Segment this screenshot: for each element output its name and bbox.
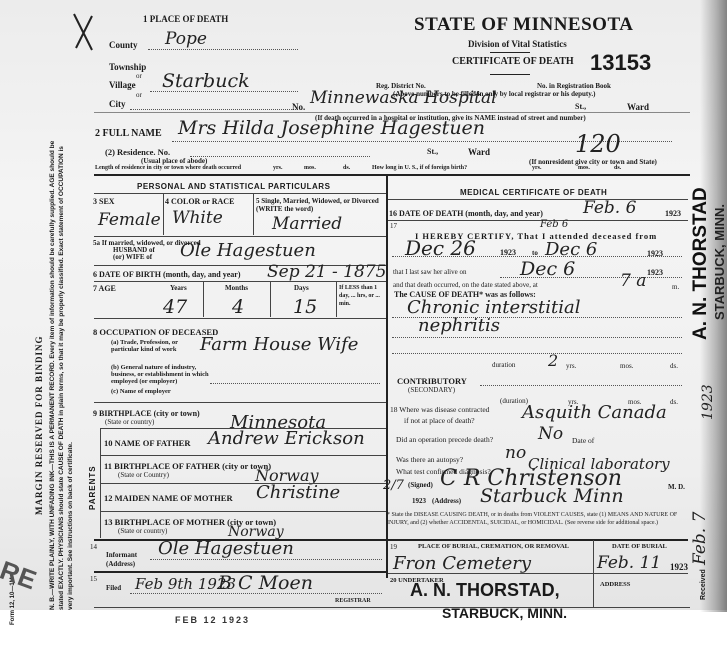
ds-label: ds. [670, 362, 678, 370]
occurred-label: and that death occurred, on the date sta… [393, 281, 538, 289]
father-birthplace-label: 11 BIRTHPLACE OF FATHER (city or town) [104, 461, 271, 471]
filed-number: 15 [90, 575, 97, 583]
side-stamp-city: STARBUCK, MINN. [712, 204, 727, 320]
contracted-sublabel: if not at place of death? [404, 416, 475, 425]
autopsy-label: Was there an autopsy? [396, 455, 463, 464]
divider [94, 318, 386, 319]
contracted-label: 18 Where was disease contracted [390, 405, 489, 414]
contracted-value: Asquith Canada [522, 402, 667, 423]
divider [100, 455, 386, 456]
date-of-death-label: 16 DATE OF DEATH (month, day, and year) [389, 209, 543, 218]
county-label: County [109, 40, 138, 50]
divider [203, 281, 204, 317]
father-birthplace-sublabel: (State or Country) [118, 471, 169, 479]
city-label: City [109, 99, 126, 109]
yrs-label: yrs. [566, 362, 576, 370]
dob-label: 6 DATE OF BIRTH (month, day, and year) [93, 270, 241, 279]
village-value: Starbuck [162, 70, 250, 92]
medical-section-title: MEDICAL CERTIFICATE OF DEATH [460, 188, 607, 197]
margin-title: MARGIN RESERVED FOR BINDING [34, 336, 44, 515]
county-value: Pope [165, 29, 207, 49]
operation-label: Did an operation precede death? [396, 435, 493, 444]
divider [388, 220, 688, 221]
sex-value: Female [98, 210, 161, 230]
days-unit: ds. [614, 165, 621, 171]
age-years-value: 47 [163, 296, 187, 318]
divider [253, 193, 254, 235]
last-saw-year: 1923 [647, 268, 663, 277]
nonresident-note: (If nonresident give city or town and St… [529, 158, 657, 166]
divider [100, 511, 386, 512]
date-of-death-year: 1923 [665, 209, 681, 218]
sex-label: 3 SEX [93, 197, 115, 206]
contributory-label: CONTRIBUTORY [397, 376, 467, 386]
divider [100, 483, 386, 484]
division-title: Division of Vital Statistics [468, 39, 567, 49]
received-year: 1923 [700, 384, 716, 420]
margin-instructions: N. B.—WRITE PLAINLY, WITH UNFADING INK—T… [48, 140, 75, 610]
less-than-label: If LESS than 1 day, ... hrs, or ... min. [339, 284, 383, 308]
hospital-value: Minnewaska Hospital [310, 88, 497, 108]
residence-line [190, 155, 370, 157]
filing-date-stamp: FEB 12 1923 [175, 615, 250, 625]
days-unit: ds. [343, 165, 350, 171]
divider [270, 281, 271, 317]
age-days-value: 15 [293, 296, 317, 318]
duration-label: duration [492, 361, 515, 369]
burial-date-value: Feb. 11 [597, 553, 661, 573]
divider [336, 281, 337, 317]
full-name-label: 2 FULL NAME [95, 128, 162, 139]
attended-from: Dec 26 [405, 236, 476, 260]
age-months-label: Months [225, 284, 248, 292]
cause-line-2 [392, 336, 682, 338]
city-line [130, 108, 298, 110]
section-divider [388, 539, 688, 541]
burial-number: 19 [390, 543, 397, 551]
father-name-value: Andrew Erickson [208, 428, 365, 449]
hospital-no-label: No. [292, 102, 305, 112]
burial-place-label: PLACE OF BURIAL, CREMATION, OR REMOVAL [418, 543, 569, 550]
birthplace-label: 9 BIRTHPLACE (city or town) [93, 409, 200, 418]
autopsy-value: no [505, 443, 526, 463]
received-stamp-fragment: RE [0, 555, 40, 596]
signed-date: 2/7 [383, 478, 404, 493]
marital-value: Married [272, 214, 342, 234]
certificate-number: 13153 [590, 50, 651, 76]
months-unit: mos. [304, 165, 316, 171]
last-saw-value: Dec 6 [520, 258, 575, 280]
cause-line-3 [392, 352, 682, 354]
or-label: or [136, 72, 142, 80]
undertaker-city: STARBUCK, MINN. [442, 605, 567, 621]
residence-ward-value: 120 [575, 130, 621, 158]
received-label: Received [700, 569, 707, 600]
informant-address-label: (Address) [106, 560, 135, 568]
months-unit: mos. [578, 165, 590, 171]
time-of-death: 7 a [620, 271, 646, 291]
certificate-title: CERTIFICATE OF DEATH [452, 56, 574, 67]
occupation-a-label: (a) Trade, Profession, or particular kin… [111, 339, 196, 353]
cross-mark-icon [72, 12, 94, 52]
personal-section-title: PERSONAL AND STATISTICAL PARTICULARS [137, 182, 330, 191]
place-of-death-heading: 1 PLACE OF DEATH [143, 14, 228, 24]
burial-year: 1923 [670, 562, 688, 572]
informant-number: 14 [90, 543, 97, 551]
divider [388, 199, 688, 200]
date-of-death-value: Feb. 6 [583, 198, 636, 218]
us-residence-label: How long in U. S., if of foreign birth? [372, 165, 467, 171]
st-label: St., [575, 102, 586, 111]
divider [94, 402, 386, 403]
mother-name-value: Christine [256, 482, 340, 503]
township-label: Township [109, 62, 146, 72]
mother-birthplace-sublabel: (State or country) [118, 527, 167, 535]
last-saw-label: that I last saw her alive on [393, 268, 466, 276]
full-name-value: Mrs Hilda Josephine Hagestuen [178, 117, 485, 139]
birthplace-sublabel: (State or country) [105, 418, 154, 426]
dob-value: Sep 21 - 1875 [267, 262, 386, 282]
residence-sublabel: (Usual place of abode) [141, 157, 207, 165]
cause-footnote: * State the DISEASE CAUSING DEATH, or in… [387, 512, 687, 527]
occupation-c-label: (c) Name of employer [111, 388, 171, 395]
spouse-value: Ole Hagestuen [180, 240, 316, 261]
residence-st-label: St., [427, 147, 438, 156]
burial-date-label: DATE OF BURIAL [612, 543, 667, 550]
color-label: 4 COLOR or RACE [165, 197, 234, 206]
occupation-b-label: (b) General nature of industry, business… [111, 364, 211, 385]
certify-number: 17 [390, 222, 397, 230]
residence-ward-label: Ward [468, 147, 490, 157]
ds-label: ds. [670, 398, 678, 406]
md-label: M. D. [668, 483, 685, 491]
date-of-label: Date of [572, 436, 594, 445]
age-days-label: Days [294, 284, 309, 292]
color-value: White [172, 208, 223, 228]
attended-to-year: 1923 [647, 249, 663, 258]
father-name-label: 10 NAME OF FATHER [104, 438, 191, 448]
signed-label: (Signed) [408, 481, 433, 489]
years-unit: yrs. [532, 165, 542, 171]
parents-side-label: PARENTS [88, 465, 97, 510]
divider [94, 112, 690, 113]
burial-place-value: Fron Cemetery [393, 553, 531, 574]
attended-to: Dec 6 [545, 239, 597, 260]
undertaker-name: A. N. THORSTAD, [410, 580, 560, 601]
contributory-line [480, 384, 682, 386]
binding-margin: MARGIN RESERVED FOR BINDING N. B.—WRITE … [0, 0, 92, 612]
registration-book-label: No. in Registration Book [537, 82, 611, 90]
physician-address: Starbuck Minn [480, 485, 624, 507]
informant-label: Informant [106, 551, 137, 559]
occupation-value: Farm House Wife [200, 334, 358, 355]
to-label: to [532, 249, 538, 257]
marital-label: 5 Single, Married, Widowed, or Divorced … [256, 197, 386, 213]
attended-from-year: 1923 [500, 248, 516, 257]
divider [94, 607, 690, 608]
signed-year: 1923 [412, 497, 426, 505]
scan-bottom-edge [0, 610, 727, 648]
contributory-sublabel: (SECONDARY) [408, 386, 455, 394]
occupation-b-line [210, 382, 380, 384]
cause-line-2-value: nephritis [418, 315, 500, 336]
or-label: or [136, 91, 142, 99]
years-unit: yrs. [273, 165, 283, 171]
divider [490, 52, 530, 53]
divider [94, 236, 386, 237]
village-label: Village [109, 80, 136, 90]
side-stamp-undertaker: A. N. THORSTAD [690, 187, 712, 340]
age-months-value: 4 [232, 296, 244, 318]
divider [388, 573, 688, 574]
duration-years: 2 [548, 351, 558, 370]
received-date: Feb. 7 [690, 512, 710, 565]
spouse-label-3: (or) WIFE of [113, 253, 152, 261]
operation-value: No [538, 424, 563, 444]
divider [163, 193, 164, 235]
certify-correction: Feb 6 [540, 219, 568, 230]
informant-value: Ole Hagestuen [158, 538, 294, 559]
registrar-signature: B C Moen [218, 572, 313, 594]
mother-name-label: 12 MAIDEN NAME OF MOTHER [104, 493, 233, 503]
divider [490, 74, 530, 75]
residence-label: (2) Residence. No. [105, 147, 170, 157]
divider [94, 193, 386, 194]
m-label: m. [672, 283, 679, 291]
age-years-label: Years [170, 284, 187, 292]
filed-label: Filed [106, 584, 121, 592]
ward-label: Ward [627, 102, 649, 112]
divider [94, 281, 386, 282]
undertaker-address-label: ADDRESS [600, 581, 630, 588]
registrar-label: REGISTRAR [335, 598, 371, 604]
length-residence-label: Length of residence in city or town wher… [95, 165, 241, 171]
section-divider [94, 174, 690, 176]
mos-label: mos. [620, 362, 633, 370]
age-label: 7 AGE [93, 284, 116, 293]
address-label: (Address) [432, 497, 461, 505]
divider [593, 540, 594, 608]
state-title: STATE OF MINNESOTA [414, 14, 633, 36]
